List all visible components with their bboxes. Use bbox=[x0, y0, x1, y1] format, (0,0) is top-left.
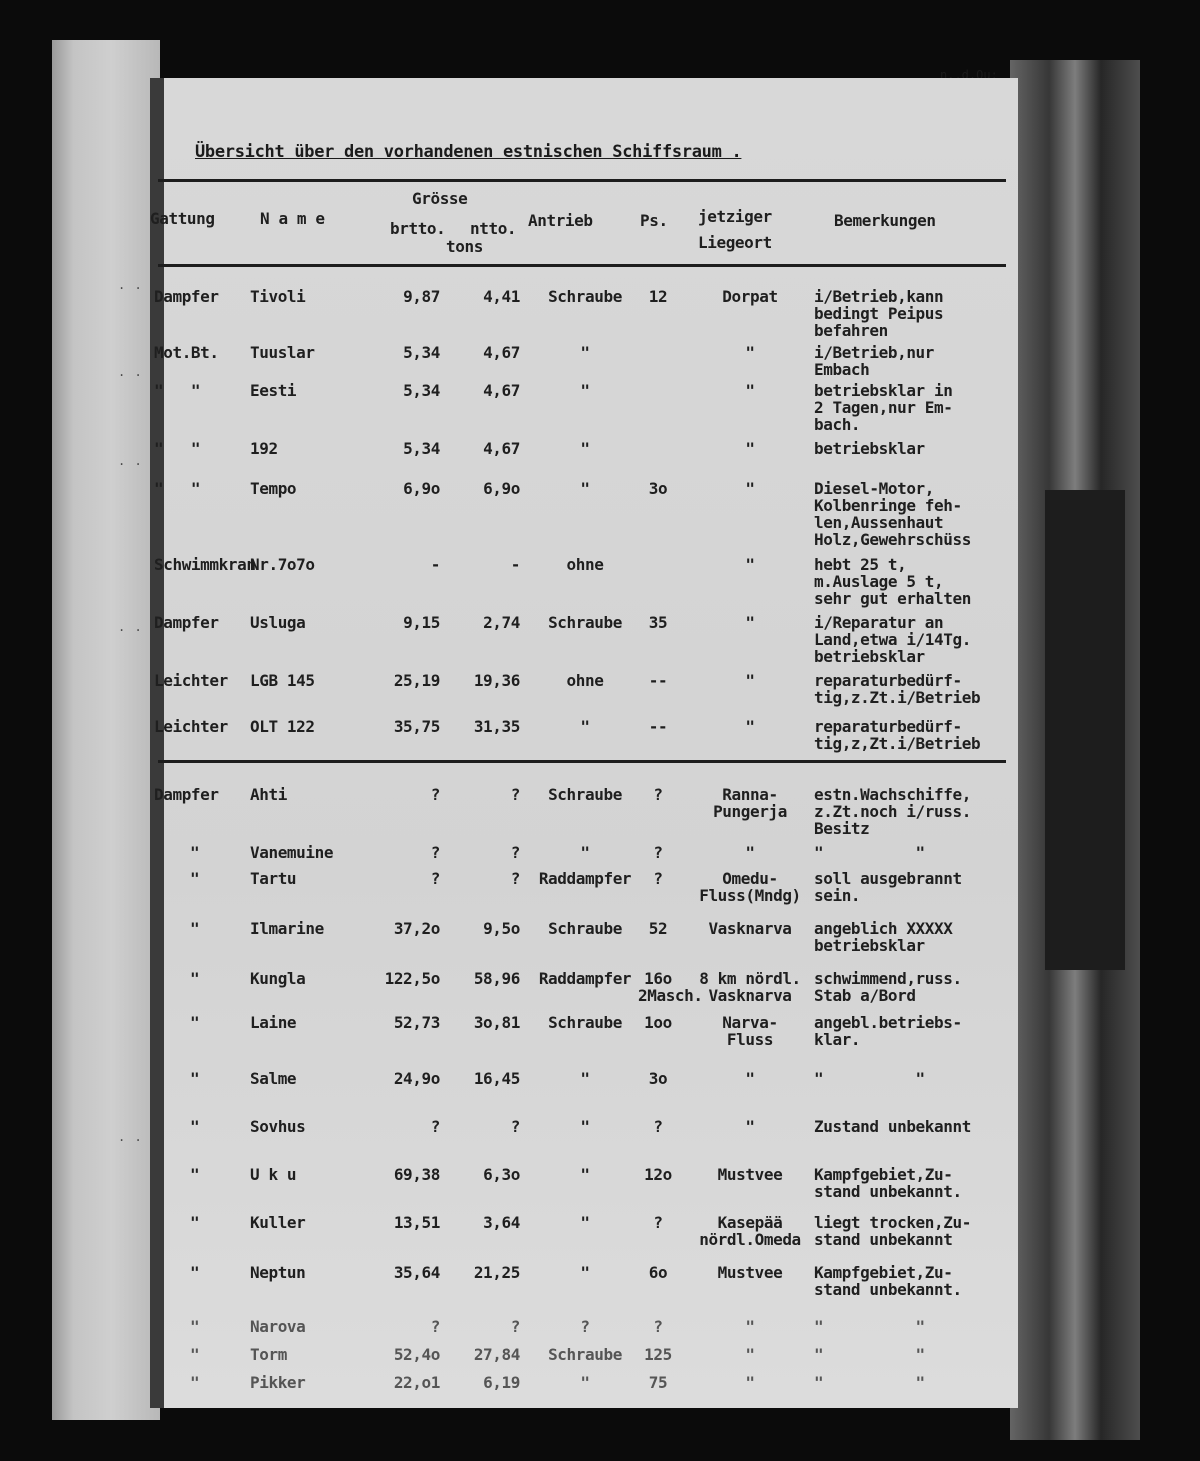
cell-bemerkungen: schwimmend,russ. Stab a/Bord bbox=[814, 970, 1014, 1004]
header-name: N a m e bbox=[260, 210, 325, 227]
header-tons: tons bbox=[446, 238, 483, 255]
cell-gattung: Dampfer bbox=[154, 288, 219, 305]
header-gattung: Gattung bbox=[150, 210, 215, 227]
cell-ps: 75 bbox=[638, 1374, 678, 1391]
cell-ps: 35 bbox=[638, 614, 678, 631]
cell-antrieb: " bbox=[530, 718, 640, 735]
cell-netto-tons: 4,67 bbox=[450, 440, 520, 457]
cell-gattung: " " bbox=[154, 480, 200, 497]
cell-brutto-tons: 9,15 bbox=[360, 614, 440, 631]
cell-bemerkungen: liegt trocken,Zu- stand unbekannt bbox=[814, 1214, 1014, 1248]
document-sheet: Übersicht über den vorhandenen estnische… bbox=[150, 78, 1018, 1408]
cell-gattung: Dampfer bbox=[154, 614, 219, 631]
cell-name: Nr.7o7o bbox=[250, 556, 315, 573]
cell-gattung: " bbox=[190, 1264, 199, 1281]
cell-name: Neptun bbox=[250, 1264, 305, 1281]
cell-liegeort: " bbox=[688, 344, 812, 361]
cell-brutto-tons: ? bbox=[360, 786, 440, 803]
header-groesse: Grösse bbox=[412, 190, 467, 207]
cell-antrieb: Raddampfer bbox=[530, 970, 640, 987]
cell-antrieb: " bbox=[530, 1166, 640, 1183]
cell-netto-tons: 19,36 bbox=[450, 672, 520, 689]
cell-bemerkungen: estn.Wachschiffe, z.Zt.noch i/russ. Besi… bbox=[814, 786, 1014, 837]
cell-netto-tons: 4,67 bbox=[450, 344, 520, 361]
header-liegeort: jetziger Liegeort bbox=[698, 204, 772, 256]
cell-liegeort: Mustvee bbox=[688, 1264, 812, 1281]
cell-liegeort: " bbox=[688, 844, 812, 861]
cell-gattung: " bbox=[190, 870, 199, 887]
cell-gattung: " bbox=[190, 1070, 199, 1087]
cell-name: Sovhus bbox=[250, 1118, 305, 1135]
cell-netto-tons: 9,5o bbox=[450, 920, 520, 937]
cell-brutto-tons: 25,19 bbox=[360, 672, 440, 689]
cell-name: 192 bbox=[250, 440, 278, 457]
cell-antrieb: Schraube bbox=[530, 786, 640, 803]
cell-name: Usluga bbox=[250, 614, 305, 631]
cell-liegeort: " bbox=[688, 1346, 812, 1363]
cell-gattung: " bbox=[190, 1318, 199, 1335]
cell-gattung: " bbox=[190, 844, 199, 861]
cell-ps: ? bbox=[638, 844, 678, 861]
cell-netto-tons: - bbox=[450, 556, 520, 573]
cell-ps: 1oo bbox=[638, 1014, 678, 1031]
cell-gattung: " " bbox=[154, 440, 200, 457]
cell-bemerkungen: " " bbox=[814, 1374, 1014, 1391]
cell-netto-tons: 3,64 bbox=[450, 1214, 520, 1231]
cell-bemerkungen: hebt 25 t, m.Auslage 5 t, sehr gut erhal… bbox=[814, 556, 1014, 607]
cell-brutto-tons: 122,5o bbox=[360, 970, 440, 987]
cell-brutto-tons: 9,87 bbox=[360, 288, 440, 305]
cell-netto-tons: 2,74 bbox=[450, 614, 520, 631]
cell-gattung: " bbox=[190, 1014, 199, 1031]
cell-antrieb: ohne bbox=[530, 556, 640, 573]
cell-ps: 3o bbox=[638, 1070, 678, 1087]
cell-gattung: Leichter bbox=[154, 718, 228, 735]
cell-brutto-tons: 5,34 bbox=[360, 344, 440, 361]
cell-brutto-tons: ? bbox=[360, 1318, 440, 1335]
cell-netto-tons: 58,96 bbox=[450, 970, 520, 987]
cell-brutto-tons: 22,o1 bbox=[360, 1374, 440, 1391]
cell-bemerkungen: " " bbox=[814, 1070, 1014, 1087]
cell-brutto-tons: ? bbox=[360, 870, 440, 887]
cell-antrieb: Schraube bbox=[530, 614, 640, 631]
cell-gattung: " bbox=[190, 920, 199, 937]
cell-netto-tons: 6,9o bbox=[450, 480, 520, 497]
cell-antrieb: Schraube bbox=[530, 920, 640, 937]
cell-ps: -- bbox=[638, 672, 678, 689]
cell-liegeort: " bbox=[688, 382, 812, 399]
cell-ps: 12 bbox=[638, 288, 678, 305]
cell-name: Kungla bbox=[250, 970, 305, 987]
cell-name: Tivoli bbox=[250, 288, 305, 305]
cell-liegeort: Omedu- Fluss(Mndg) bbox=[688, 870, 812, 904]
cell-bemerkungen: i/Betrieb,nur Embach bbox=[814, 344, 1014, 378]
cell-liegeort: " bbox=[688, 614, 812, 631]
cell-brutto-tons: 13,51 bbox=[360, 1214, 440, 1231]
cell-name: Tuuslar bbox=[250, 344, 315, 361]
header-brutto: brtto. bbox=[390, 220, 445, 237]
header-bottom-rule bbox=[158, 264, 1006, 267]
cell-name: Narova bbox=[250, 1318, 305, 1335]
cell-brutto-tons: 35,75 bbox=[360, 718, 440, 735]
cell-liegeort: 8 km nördl. Vasknarva bbox=[688, 970, 812, 1004]
cell-gattung: " bbox=[190, 1166, 199, 1183]
header-top-rule bbox=[158, 179, 1006, 182]
cell-bemerkungen: angeblich XXXXX betriebsklar bbox=[814, 920, 1014, 954]
cell-brutto-tons: ? bbox=[360, 1118, 440, 1135]
cell-netto-tons: 6,19 bbox=[450, 1374, 520, 1391]
cell-antrieb: " bbox=[530, 344, 640, 361]
cell-name: Eesti bbox=[250, 382, 296, 399]
cell-ps: ? bbox=[638, 1318, 678, 1335]
cell-netto-tons: ? bbox=[450, 786, 520, 803]
cell-antrieb: ohne bbox=[530, 672, 640, 689]
page-title: Übersicht über den vorhandenen estnische… bbox=[195, 142, 741, 162]
cell-liegeort: " bbox=[688, 440, 812, 457]
cell-ps: ? bbox=[638, 1118, 678, 1135]
cell-bemerkungen: " " bbox=[814, 844, 1014, 861]
cell-brutto-tons: 5,34 bbox=[360, 440, 440, 457]
cell-antrieb: " bbox=[530, 1374, 640, 1391]
cell-antrieb: Schraube bbox=[530, 288, 640, 305]
cell-liegeort: " bbox=[688, 556, 812, 573]
cell-liegeort: " bbox=[688, 1118, 812, 1135]
cell-bemerkungen: betriebsklar bbox=[814, 440, 1014, 457]
cell-netto-tons: ? bbox=[450, 870, 520, 887]
cell-brutto-tons: ? bbox=[360, 844, 440, 861]
cell-name: Torm bbox=[250, 1346, 287, 1363]
cell-antrieb: " bbox=[530, 382, 640, 399]
cell-bemerkungen: soll ausgebrannt sein. bbox=[814, 870, 1014, 904]
cell-antrieb: Schraube bbox=[530, 1346, 640, 1363]
cell-brutto-tons: 52,73 bbox=[360, 1014, 440, 1031]
cell-antrieb: ? bbox=[530, 1318, 640, 1335]
cell-brutto-tons: 6,9o bbox=[360, 480, 440, 497]
cell-antrieb: " bbox=[530, 480, 640, 497]
cell-liegeort: Mustvee bbox=[688, 1166, 812, 1183]
cell-bemerkungen: i/Reparatur an Land,etwa i/14Tg. betrieb… bbox=[814, 614, 1014, 665]
cell-ps: 3o bbox=[638, 480, 678, 497]
cell-gattung: " bbox=[190, 970, 199, 987]
cell-ps: 52 bbox=[638, 920, 678, 937]
cell-brutto-tons: 24,9o bbox=[360, 1070, 440, 1087]
cell-gattung: Leichter bbox=[154, 672, 228, 689]
cell-liegeort: Vasknarva bbox=[688, 920, 812, 937]
cell-bemerkungen: " " bbox=[814, 1346, 1014, 1363]
cell-netto-tons: 3o,81 bbox=[450, 1014, 520, 1031]
cell-antrieb: " bbox=[530, 1070, 640, 1087]
cell-liegeort: " bbox=[688, 1070, 812, 1087]
cell-ps: 125 bbox=[638, 1346, 678, 1363]
header-ps: Ps. bbox=[640, 212, 668, 229]
cell-netto-tons: 21,25 bbox=[450, 1264, 520, 1281]
cell-ps: ? bbox=[638, 786, 678, 803]
cell-liegeort: Narva- Fluss bbox=[688, 1014, 812, 1048]
header-netto: ntto. bbox=[470, 220, 516, 237]
folder-tab bbox=[1045, 490, 1125, 970]
cell-brutto-tons: 5,34 bbox=[360, 382, 440, 399]
cell-liegeort: Ranna- Pungerja bbox=[688, 786, 812, 820]
cell-name: Tempo bbox=[250, 480, 296, 497]
cell-name: Pikker bbox=[250, 1374, 305, 1391]
cell-ps: 12o bbox=[638, 1166, 678, 1183]
section-divider-rule bbox=[158, 760, 1006, 763]
cell-bemerkungen: " " bbox=[814, 1318, 1014, 1335]
cell-name: Laine bbox=[250, 1014, 296, 1031]
cell-liegeort: " bbox=[688, 672, 812, 689]
cell-antrieb: " bbox=[530, 1214, 640, 1231]
cell-gattung: " bbox=[190, 1214, 199, 1231]
cell-brutto-tons: - bbox=[360, 556, 440, 573]
header-bemerkungen: Bemerkungen bbox=[834, 212, 936, 229]
cell-bemerkungen: i/Betrieb,kann bedingt Peipus befahren bbox=[814, 288, 1014, 339]
cell-ps: ? bbox=[638, 870, 678, 887]
cell-brutto-tons: 52,4o bbox=[360, 1346, 440, 1363]
cell-liegeort: " bbox=[688, 1318, 812, 1335]
cell-ps: 6o bbox=[638, 1264, 678, 1281]
cell-netto-tons: ? bbox=[450, 1318, 520, 1335]
cell-antrieb: Schraube bbox=[530, 1014, 640, 1031]
cell-netto-tons: 27,84 bbox=[450, 1346, 520, 1363]
film-strip-margin: . . . . . . . . . . . . . . . bbox=[52, 40, 160, 1420]
cell-bemerkungen: betriebsklar in 2 Tagen,nur Em- bach. bbox=[814, 382, 1014, 433]
cell-gattung: " bbox=[190, 1118, 199, 1135]
cell-name: Vanemuine bbox=[250, 844, 333, 861]
cell-gattung: " bbox=[190, 1374, 199, 1391]
cell-bemerkungen: Kampfgebiet,Zu- stand unbekannt. bbox=[814, 1166, 1014, 1200]
cell-brutto-tons: 69,38 bbox=[360, 1166, 440, 1183]
cell-bemerkungen: reparaturbedürf- tig,z,Zt.i/Betrieb bbox=[814, 718, 1014, 752]
cell-netto-tons: ? bbox=[450, 1118, 520, 1135]
cell-antrieb: " bbox=[530, 1118, 640, 1135]
cell-liegeort: " bbox=[688, 480, 812, 497]
cell-gattung: " bbox=[190, 1346, 199, 1363]
header-antrieb: Antrieb bbox=[528, 212, 593, 229]
cell-ps: ? bbox=[638, 1214, 678, 1231]
cell-gattung: " " bbox=[154, 382, 200, 399]
cell-gattung: Schwimmkran bbox=[154, 556, 256, 573]
cell-netto-tons: 6,3o bbox=[450, 1166, 520, 1183]
cell-name: LGB 145 bbox=[250, 672, 315, 689]
cell-gattung: Mot.Bt. bbox=[154, 344, 219, 361]
cell-bemerkungen: Kampfgebiet,Zu- stand unbekannt. bbox=[814, 1264, 1014, 1298]
cell-liegeort: Dorpat bbox=[688, 288, 812, 305]
cell-netto-tons: ? bbox=[450, 844, 520, 861]
cell-netto-tons: 4,41 bbox=[450, 288, 520, 305]
cell-netto-tons: 31,35 bbox=[450, 718, 520, 735]
cell-name: Salme bbox=[250, 1070, 296, 1087]
cell-name: Tartu bbox=[250, 870, 296, 887]
cell-antrieb: Raddampfer bbox=[530, 870, 640, 887]
cell-ps: -- bbox=[638, 718, 678, 735]
cell-brutto-tons: 37,2o bbox=[360, 920, 440, 937]
cell-liegeort: Kasepää nördl.Omeda bbox=[688, 1214, 812, 1248]
cell-bemerkungen: Zustand unbekannt bbox=[814, 1118, 1014, 1135]
cell-brutto-tons: 35,64 bbox=[360, 1264, 440, 1281]
cell-name: OLT 122 bbox=[250, 718, 315, 735]
cell-liegeort: " bbox=[688, 1374, 812, 1391]
cell-ps: 16o 2Masch. bbox=[638, 970, 678, 1004]
cell-name: Ahti bbox=[250, 786, 287, 803]
cell-bemerkungen: angebl.betriebs- klar. bbox=[814, 1014, 1014, 1048]
cell-antrieb: " bbox=[530, 440, 640, 457]
cell-name: Ilmarine bbox=[250, 920, 324, 937]
cell-antrieb: " bbox=[530, 844, 640, 861]
cell-name: U k u bbox=[250, 1166, 296, 1183]
cell-antrieb: " bbox=[530, 1264, 640, 1281]
cell-liegeort: " bbox=[688, 718, 812, 735]
cell-bemerkungen: reparaturbedürf- tig,z.Zt.i/Betrieb bbox=[814, 672, 1014, 706]
cell-name: Kuller bbox=[250, 1214, 305, 1231]
cell-netto-tons: 4,67 bbox=[450, 382, 520, 399]
cell-bemerkungen: Diesel-Motor, Kolbenringe feh- len,Ausse… bbox=[814, 480, 1014, 548]
cell-netto-tons: 16,45 bbox=[450, 1070, 520, 1087]
cell-gattung: Dampfer bbox=[154, 786, 219, 803]
